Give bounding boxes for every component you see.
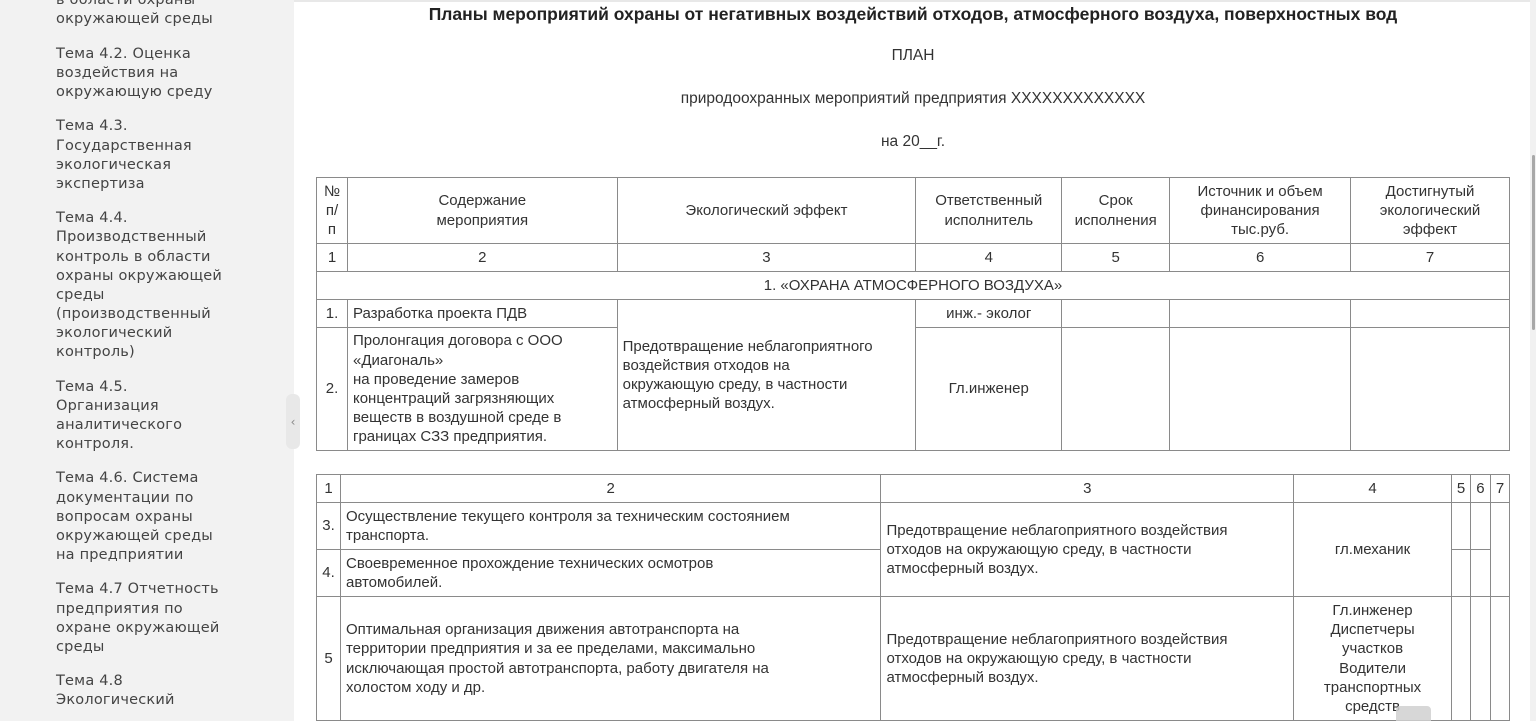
row-responsible: Гл.инженер	[916, 328, 1062, 451]
cell-line: Источник и объем	[1175, 182, 1345, 201]
row-content: Оптимальная организация движения автотра…	[340, 597, 880, 721]
cell-line: Своевременное прохождение технических ос…	[346, 554, 875, 573]
sidebar-topic-list: в области охраныокружающей средыТема 4.2…	[56, 0, 256, 721]
measures-table-part-2: 1 2 3 4 5 6 7 3. Осуществление текущего …	[316, 474, 1510, 721]
col-number: 2	[340, 475, 880, 503]
sidebar-item-label: воздействия на	[56, 64, 256, 83]
col-number: 3	[617, 244, 916, 272]
col-number: 4	[1294, 475, 1452, 503]
row-deadline	[1062, 300, 1170, 328]
row-achieved	[1490, 503, 1509, 597]
cell-line: транспорта.	[346, 526, 875, 545]
sidebar-item-label: Государственная	[56, 137, 256, 156]
sidebar-item-topic[interactable]: Тема 4.6. Системадокументации повопросам…	[56, 469, 256, 564]
cell-line: Достигнутый	[1356, 182, 1504, 201]
col-number: 6	[1470, 475, 1490, 503]
cell-line: Ответственный	[921, 191, 1056, 210]
sidebar-item-label: Тема 4.8	[56, 672, 256, 691]
row-achieved	[1490, 597, 1509, 721]
row-effect: Предотвращение неблагоприятного воздейст…	[881, 597, 1294, 721]
cell-line: Экологический эффект	[623, 201, 911, 220]
row-number: 4.	[317, 550, 341, 597]
sidebar-item-label: Тема 4.6. Система	[56, 469, 256, 488]
sidebar-nav: в области охраныокружающей средыТема 4.2…	[0, 0, 294, 721]
cell-line: Предотвращение неблагоприятного воздейст…	[886, 521, 1288, 540]
cell-line: границах СЗЗ предприятия.	[353, 427, 612, 446]
table-row: 3. Осуществление текущего контроля за те…	[317, 503, 1510, 550]
sidebar-item-topic[interactable]: Тема 4.5.Организацияаналитическогоконтро…	[56, 378, 256, 454]
cell-line: эффект	[1356, 220, 1504, 239]
section-row: 1. «ОХРАНА АТМОСФЕРНОГО ВОЗДУХА»	[317, 272, 1510, 300]
header-num: №п/п	[317, 178, 348, 244]
sidebar-item-topic[interactable]: Тема 4.8Экологический	[56, 672, 256, 710]
cell-line: территории предприятия и за ее пределами…	[346, 639, 875, 658]
sidebar-item-label: на предприятии	[56, 546, 256, 565]
vertical-scrollbar-thumb[interactable]	[1532, 155, 1535, 330]
sidebar-item-label: окружающую среду	[56, 83, 256, 102]
cell-line: экологический	[1356, 201, 1504, 220]
column-number-row: 1 2 3 4 5 6 7	[317, 244, 1510, 272]
col-number: 1	[317, 244, 348, 272]
cell-line: Предотвращение неблагоприятного воздейст…	[886, 630, 1288, 649]
row-content: Осуществление текущего контроля за техни…	[340, 503, 880, 550]
table-row: 1. Разработка проекта ПДВ Предотвращение…	[317, 300, 1510, 328]
sidebar-item-label: окружающей среды	[56, 527, 256, 546]
cell-line: атмосферный воздух.	[886, 559, 1288, 578]
sidebar-item-label: охраны окружающей	[56, 267, 256, 286]
col-number: 4	[916, 244, 1062, 272]
measures-table-part-1: №п/п Содержаниемероприятия Экологический…	[316, 177, 1510, 451]
sidebar-item-label: Экологический	[56, 691, 256, 710]
col-number: 5	[1452, 475, 1471, 503]
row-responsible: гл.механик	[1294, 503, 1452, 597]
cell-line: Содержание	[353, 191, 612, 210]
row-responsible: инж.- эколог	[916, 300, 1062, 328]
sidebar-item-label: (производственный	[56, 305, 256, 324]
row-achieved	[1351, 328, 1510, 451]
row-number: 2.	[317, 328, 348, 451]
sidebar-item-label: Организация	[56, 397, 256, 416]
sidebar-item-topic[interactable]: Тема 4.4.Производственныйконтроль в обла…	[56, 209, 256, 362]
row-content: Разработка проекта ПДВ	[347, 300, 617, 328]
cell-line: окружающую среду, в частности	[623, 375, 911, 394]
col-number: 3	[881, 475, 1294, 503]
cell-line: исключающая простой автотранспорта, рабо…	[346, 659, 875, 678]
sidebar-item-label: в области охраны	[56, 0, 256, 10]
cell-line: Срок	[1067, 191, 1164, 210]
row-responsible: Гл.инженерДиспетчерыучастковВодителитран…	[1294, 597, 1452, 721]
plan-subtitle: природоохранных мероприятий предприятия …	[294, 90, 1532, 108]
cell-line: тыс.руб.	[1175, 220, 1345, 239]
sidebar-item-label: документации по	[56, 489, 256, 508]
table-header-row: №п/п Содержаниемероприятия Экологический…	[317, 178, 1510, 244]
sidebar-item-label: охране окружающей	[56, 619, 256, 638]
sidebar-item-label: окружающей среды	[56, 10, 256, 29]
row-funding	[1470, 550, 1490, 597]
row-effect: Предотвращение неблагоприятноговоздейств…	[617, 300, 916, 451]
cell-line: холостом ходу и др.	[346, 678, 875, 697]
row-funding	[1470, 597, 1490, 721]
row-deadline	[1452, 503, 1471, 550]
sidebar-item-label: предприятия по	[56, 600, 256, 619]
col-number: 7	[1351, 244, 1510, 272]
cell-line: Осуществление текущего контроля за техни…	[346, 507, 875, 526]
sidebar-item-label: Тема 4.3.	[56, 117, 256, 136]
row-funding	[1470, 503, 1490, 550]
sidebar-item-label: Тема 4.5.	[56, 378, 256, 397]
sidebar-item-label: экологический	[56, 324, 256, 343]
sidebar-item-label: экологическая	[56, 156, 256, 175]
cell-line: Водители	[1299, 659, 1446, 678]
page-title: Планы мероприятий охраны от негативных в…	[294, 4, 1532, 25]
sidebar-item-label: среды	[56, 286, 256, 305]
cell-line: концентраций загрязняющих	[353, 389, 612, 408]
row-effect: Предотвращение неблагоприятного воздейст…	[881, 503, 1294, 597]
cell-line: воздействия отходов на	[623, 356, 911, 375]
row-content: Своевременное прохождение технических ос…	[340, 550, 880, 597]
plan-year: на 20__г.	[294, 133, 1532, 151]
cell-line: Предотвращение неблагоприятного	[623, 337, 911, 356]
cell-line: Диспетчеры	[1299, 620, 1446, 639]
column-number-row: 1 2 3 4 5 6 7	[317, 475, 1510, 503]
cell-line: транспортных	[1299, 678, 1446, 697]
header-content: Содержаниемероприятия	[347, 178, 617, 244]
row-achieved	[1351, 300, 1510, 328]
header-responsible: Ответственныйисполнитель	[916, 178, 1062, 244]
vertical-scrollbar[interactable]	[1530, 0, 1536, 721]
cell-line: п/	[322, 201, 342, 220]
plan-heading: ПЛАН	[294, 47, 1532, 65]
col-number: 7	[1490, 475, 1509, 503]
sidebar-item-topic[interactable]: в области охраныокружающей среды	[56, 0, 256, 29]
sidebar-item-label: Тема 4.4.	[56, 209, 256, 228]
sidebar-item-label: экспертиза	[56, 175, 256, 194]
cell-line: исполнитель	[921, 211, 1056, 230]
cell-line: на проведение замеров	[353, 370, 612, 389]
horizontal-scrollbar-thumb[interactable]	[1396, 706, 1431, 721]
sidebar-item-label: контроля.	[56, 435, 256, 454]
sidebar-item-label: среды	[56, 638, 256, 657]
cell-line: п	[322, 220, 342, 239]
sidebar-item-label: вопросам охраны	[56, 508, 256, 527]
sidebar-item-topic[interactable]: Тема 4.7 Отчетностьпредприятия поохране …	[56, 580, 256, 656]
cell-line: мероприятия	[353, 211, 612, 230]
col-number: 2	[347, 244, 617, 272]
cell-line: автомобилей.	[346, 573, 875, 592]
cell-line: финансирования	[1175, 201, 1345, 220]
cell-line: №	[322, 182, 342, 201]
sidebar-item-label: Тема 4.2. Оценка	[56, 45, 256, 64]
cell-line: веществ в воздушной среде в	[353, 408, 612, 427]
cell-line: отходов на окружающую среду, в частности	[886, 540, 1288, 559]
sidebar-item-topic[interactable]: Тема 4.3.Государственнаяэкологическаяэкс…	[56, 117, 256, 193]
header-effect: Экологический эффект	[617, 178, 916, 244]
col-number: 5	[1062, 244, 1170, 272]
row-number: 5	[317, 597, 341, 721]
cell-line: «Диагональ»	[353, 351, 612, 370]
sidebar-item-label: Производственный	[56, 228, 256, 247]
row-deadline	[1452, 550, 1471, 597]
header-achieved: Достигнутыйэкологическийэффект	[1351, 178, 1510, 244]
row-deadline	[1452, 597, 1471, 721]
header-deadline: Срокисполнения	[1062, 178, 1170, 244]
row-content: Пролонгация договора с ООО«Диагональ»на …	[347, 328, 617, 451]
sidebar-item-label: контроль)	[56, 343, 256, 362]
cell-line: Пролонгация договора с ООО	[353, 331, 612, 350]
row-deadline	[1062, 328, 1170, 451]
document-content: Планы мероприятий охраны от негативных в…	[294, 0, 1520, 721]
cell-line: исполнения	[1067, 211, 1164, 230]
row-number: 3.	[317, 503, 341, 550]
cell-line: Оптимальная организация движения автотра…	[346, 620, 875, 639]
row-number: 1.	[317, 300, 348, 328]
table-row: 5 Оптимальная организация движения автот…	[317, 597, 1510, 721]
row-funding	[1170, 300, 1351, 328]
sidebar-item-label: аналитического	[56, 416, 256, 435]
cell-line: атмосферный воздух.	[886, 668, 1288, 687]
col-number: 6	[1170, 244, 1351, 272]
cell-line: участков	[1299, 639, 1446, 658]
col-number: 1	[317, 475, 341, 503]
cell-line: отходов на окружающую среду, в частности	[886, 649, 1288, 668]
sidebar-item-label: контроль в области	[56, 248, 256, 267]
section-title: 1. «ОХРАНА АТМОСФЕРНОГО ВОЗДУХА»	[317, 272, 1510, 300]
row-funding	[1170, 328, 1351, 451]
cell-line: Гл.инженер	[1299, 601, 1446, 620]
header-funding: Источник и объемфинансированиятыс.руб.	[1170, 178, 1351, 244]
sidebar-item-topic[interactable]: Тема 4.2. Оценкавоздействия наокружающую…	[56, 45, 256, 102]
cell-line: атмосферный воздух.	[623, 394, 911, 413]
sidebar-item-label: Тема 4.7 Отчетность	[56, 580, 256, 599]
